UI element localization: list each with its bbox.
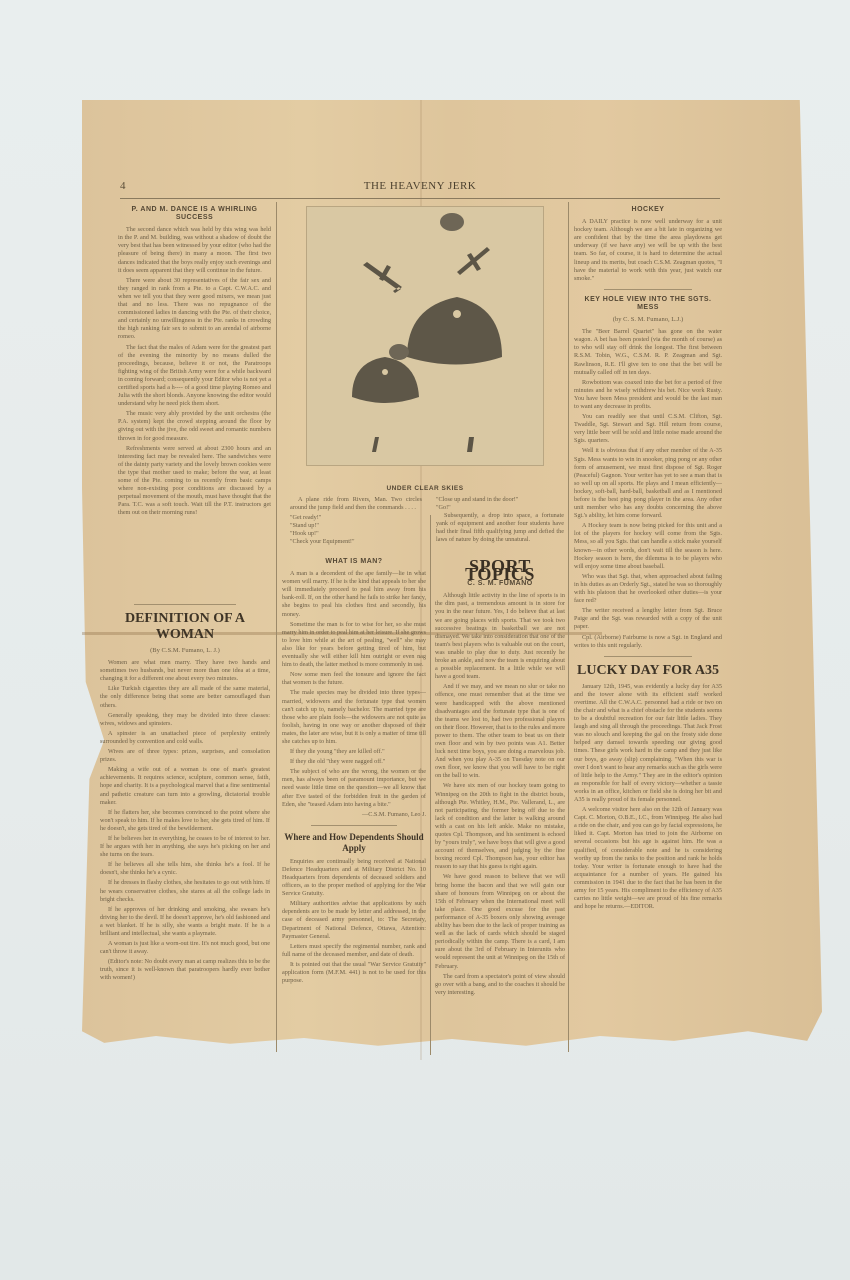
headline: P. AND M. DANCE IS A WHIRLING SUCCESS xyxy=(118,206,271,222)
newspaper-title: THE HEAVENY JERK xyxy=(120,180,720,192)
column-rule xyxy=(568,202,569,1052)
parachutes-and-planes-icon xyxy=(307,207,543,465)
article-right-column: HOCKEY A DAILY practice is now well unde… xyxy=(574,204,722,1054)
headline: HOCKEY xyxy=(574,206,722,214)
divider xyxy=(604,656,693,657)
divider xyxy=(311,825,397,826)
photo-caption: UNDER CLEAR SKIES xyxy=(290,485,560,492)
headline: DEFINITION OF A WOMAN xyxy=(100,611,270,643)
signature: —C.S.M. Fumano, Leo J. xyxy=(282,811,426,819)
byline: (By C.S.M. Fumano, L. J.) xyxy=(100,647,270,655)
headline: SPORT TOPICS xyxy=(435,562,565,578)
byline: (by C. S. M. Fumano, L.J.) xyxy=(574,316,722,324)
masthead: 4 THE HEAVENY JERK xyxy=(120,176,720,199)
headline: Where and How Dependents Should Apply xyxy=(282,832,426,854)
headline: KEY HOLE VIEW INTO THE SGTS. MESS xyxy=(574,296,722,312)
photo-text-right: "Close up and stand in the door!" "Go!" … xyxy=(436,496,564,546)
column-rule xyxy=(430,515,431,1055)
column-rule xyxy=(276,202,277,1052)
byline: C. S. M. FUMANO xyxy=(435,580,565,588)
headline: LUCKY DAY FOR A35 xyxy=(574,663,722,679)
photo-text-left: A plane ride from Rivers, Man. Two circl… xyxy=(290,496,422,546)
divider xyxy=(604,289,693,290)
headline: WHAT IS MAN? xyxy=(282,558,426,566)
article-sport-topics: SPORT TOPICS C. S. M. FUMANO Although li… xyxy=(435,556,565,1056)
article-what-is-man: WHAT IS MAN? A man is a decendent of the… xyxy=(282,556,426,1056)
divider xyxy=(134,604,236,605)
article-definition-of-woman: DEFINITION OF A WOMAN (By C.S.M. Fumano,… xyxy=(100,598,270,1053)
parachute-photo xyxy=(306,206,544,466)
article-dance: P. AND M. DANCE IS A WHIRLING SUCCESS Th… xyxy=(118,204,271,564)
